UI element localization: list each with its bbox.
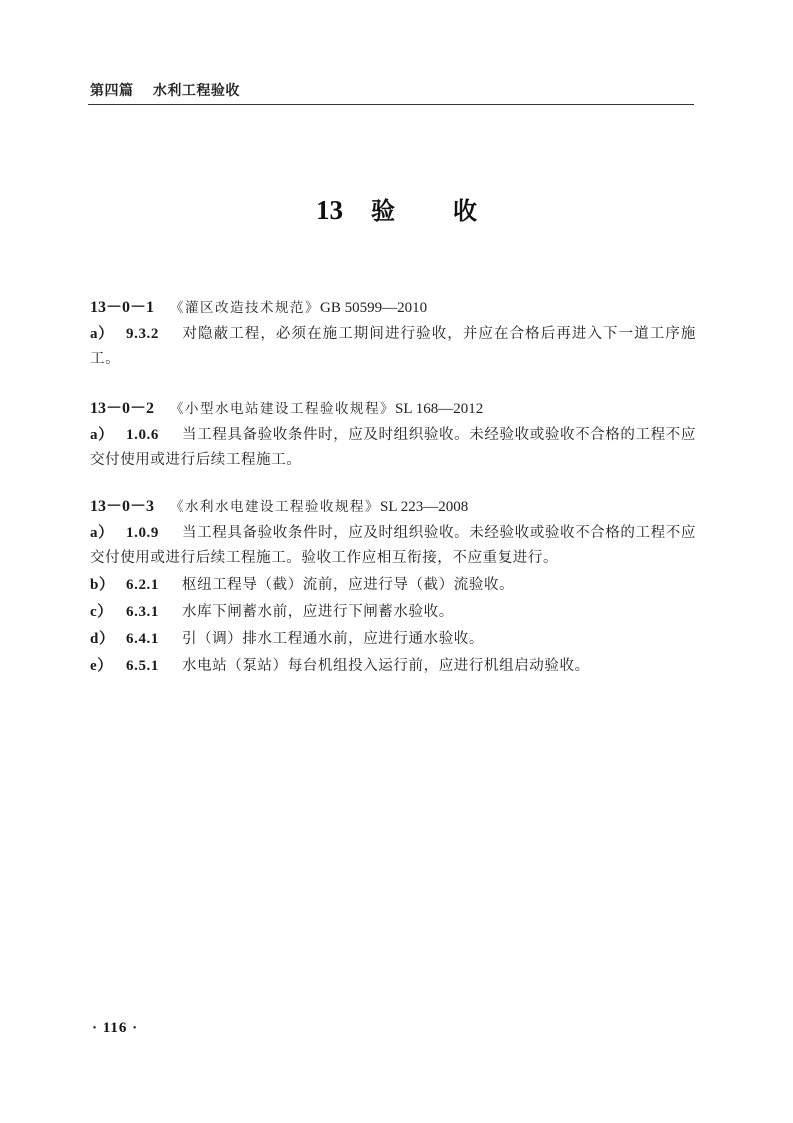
clause-number: 6.5.1 xyxy=(126,654,172,679)
chapter-title-char-1: 验 xyxy=(371,196,395,225)
clause-text: 对隐蔽工程，必须在施工期间进行验收，并应在合格后再进入下一道工序施工。 xyxy=(90,326,696,367)
clause-item: b）6.2.1枢纽工程导（截）流前，应进行导（截）流验收。 xyxy=(90,573,696,598)
standard-code: GB 50599—2010 xyxy=(320,300,427,316)
clause-label: b） xyxy=(90,573,126,598)
clause-item: a）9.3.2对隐蔽工程，必须在施工期间进行验收，并应在合格后再进入下一道工序施… xyxy=(90,322,696,372)
clause-text: 水电站（泵站）每台机组投入运行前，应进行机组启动验收。 xyxy=(182,658,590,674)
section-id: 13－0－1 xyxy=(90,299,154,316)
section-id: 13－0－3 xyxy=(90,498,154,515)
clause-label: d） xyxy=(90,627,126,652)
section-heading: 13－0－1《灌区改造技术规范》GB 50599—2010 xyxy=(90,296,696,320)
clause-number: 9.3.2 xyxy=(126,322,172,347)
standard-title: 《水利水电建设工程验收规程》 xyxy=(170,499,380,515)
clause-number: 6.2.1 xyxy=(126,573,172,598)
clause-item: a）1.0.9当工程具备验收条件时，应及时组织验收。未经验收或验收不合格的工程不… xyxy=(90,521,696,571)
clause-label: e） xyxy=(90,654,126,679)
running-head-title: 水利工程验收 xyxy=(153,83,240,99)
clause-item: a）1.0.6当工程具备验收条件时，应及时组织验收。未经验收或验收不合格的工程不… xyxy=(90,423,696,473)
running-head: 第四篇 水利工程验收 xyxy=(90,80,240,100)
clause-label: a） xyxy=(90,423,126,448)
standard-title: 《灌区改造技术规范》 xyxy=(170,300,320,316)
clause-text: 枢纽工程导（截）流前，应进行导（截）流验收。 xyxy=(182,577,514,593)
chapter-title-char-2: 收 xyxy=(453,196,477,225)
clause-item: e）6.5.1水电站（泵站）每台机组投入运行前，应进行机组启动验收。 xyxy=(90,654,696,679)
section-13-0-3: 13－0－3《水利水电建设工程验收规程》SL 223—2008 a）1.0.9当… xyxy=(90,495,696,679)
section-id: 13－0－2 xyxy=(90,400,154,417)
section-13-0-1: 13－0－1《灌区改造技术规范》GB 50599—2010 a）9.3.2对隐蔽… xyxy=(90,296,696,372)
running-head-part: 第四篇 xyxy=(90,83,134,99)
section-heading: 13－0－2《小型水电站建设工程验收规程》SL 168—2012 xyxy=(90,397,696,421)
clause-item: d）6.4.1引（调）排水工程通水前，应进行通水验收。 xyxy=(90,627,696,652)
clause-number: 1.0.6 xyxy=(126,423,172,448)
clause-label: c） xyxy=(90,600,126,625)
clause-number: 6.4.1 xyxy=(126,627,172,652)
standard-code: SL 223—2008 xyxy=(380,499,468,515)
standard-title: 《小型水电站建设工程验收规程》 xyxy=(170,401,395,417)
standard-code: SL 168—2012 xyxy=(395,401,483,417)
clause-text: 水库下闸蓄水前，应进行下闸蓄水验收。 xyxy=(182,604,454,620)
clause-number: 6.3.1 xyxy=(126,600,172,625)
section-heading: 13－0－3《水利水电建设工程验收规程》SL 223—2008 xyxy=(90,495,696,519)
clause-number: 1.0.9 xyxy=(126,521,172,546)
chapter-number: 13 xyxy=(316,195,343,225)
clause-label: a） xyxy=(90,521,126,546)
header-rule xyxy=(88,104,694,105)
clause-text: 引（调）排水工程通水前，应进行通水验收。 xyxy=(182,631,484,647)
clause-text: 当工程具备验收条件时，应及时组织验收。未经验收或验收不合格的工程不应交付使用或进… xyxy=(90,427,696,468)
chapter-title: 13验收 xyxy=(0,191,793,226)
section-13-0-2: 13－0－2《小型水电站建设工程验收规程》SL 168—2012 a）1.0.6… xyxy=(90,397,696,473)
page-number: · 116 · xyxy=(92,1020,138,1037)
clause-item: c）6.3.1水库下闸蓄水前，应进行下闸蓄水验收。 xyxy=(90,600,696,625)
clause-text: 当工程具备验收条件时，应及时组织验收。未经验收或验收不合格的工程不应交付使用或进… xyxy=(90,525,696,566)
clause-label: a） xyxy=(90,322,126,347)
